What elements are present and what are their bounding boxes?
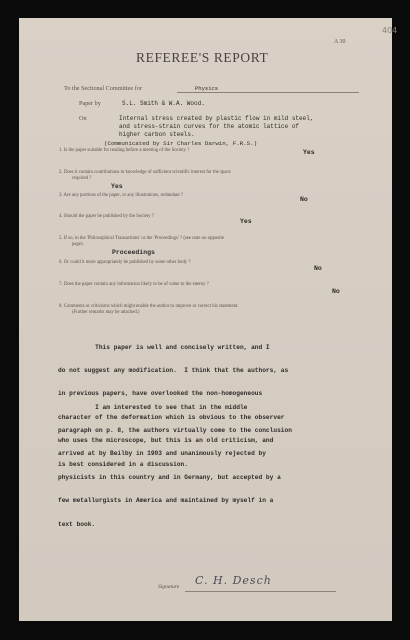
question-5-text: If so, in the 'Philosophical Transaction… [64,236,224,241]
pencil-page-number: 404 [382,26,397,35]
answer-6: No [314,265,322,272]
question-8: 8. Comments or criticisms which might en… [59,304,239,309]
form-code: A 30 [334,39,346,45]
question-5: 5. If so, in the 'Philosophical Transact… [59,236,224,241]
question-3-number: 3. [59,193,63,198]
answer-7: No [332,288,340,295]
signature-handwritten: C. H. Desch [195,574,272,587]
question-4: 4. Should the paper be published by the … [59,214,154,219]
question-1-text: Is the paper suitable for reading before… [64,148,189,153]
comment-line: do not suggest any modification. I think… [58,367,288,375]
paper-by-label: Paper by [79,100,101,107]
question-8-continuation: (Further remarks may be attached.) [72,310,140,315]
comment-line: arrived at by Beilby in 1903 and unanimo… [58,450,292,458]
on-label: On [79,115,87,122]
comment-paragraph-2: I am interested to see that in the middl… [58,388,292,544]
comment-line: This paper is well and concisely written… [58,344,288,352]
question-6-text: Or could it more appropriately be publis… [64,260,191,265]
signature-label: Signature [158,584,179,590]
question-5-continuation: page). [72,242,84,247]
referee-report-sheet: 404 A 30 REFEREE'S REPORT To the Section… [19,18,392,621]
question-5-number: 5. [59,236,63,241]
question-7-text: Does the paper contain any information l… [64,282,209,287]
question-3-text: Are any portions of the paper, or any il… [64,193,183,198]
answer-3: No [300,196,308,203]
title-line-3: higher carbon steels. [119,131,195,138]
question-3: 3. Are any portions of the paper, or any… [59,193,183,198]
question-6: 6. Or could it more appropriately be pub… [59,260,191,265]
title-line-1: Internal stress created by plastic flow … [119,115,313,122]
question-6-number: 6. [59,260,63,265]
comment-line: paragraph on p. 8, the authors virtually… [58,427,292,435]
question-1-number: 1. [59,148,63,153]
answer-5: Proceedings [112,249,155,256]
page-title: REFEREE'S REPORT [136,50,268,66]
question-7: 7. Does the paper contain any informatio… [59,282,209,287]
paper-by-value: S.L. Smith & W.A. Wood. [122,100,205,107]
comment-line: few metallurgists in America and maintai… [58,497,292,505]
comment-line: text book. [58,521,292,529]
answer-4: Yes [240,218,252,225]
question-4-text: Should the paper be published by the Soc… [64,214,154,219]
signature-underline [185,591,336,592]
question-1: 1. Is the paper suitable for reading bef… [59,148,189,153]
committee-underline [177,92,359,93]
question-2-continuation: required ? [72,176,91,181]
question-7-number: 7. [59,282,63,287]
question-8-number: 8. [59,304,63,309]
question-8-text: Comments or criticisms which might enabl… [64,304,239,309]
comment-line: I am interested to see that in the middl… [58,404,292,412]
question-2-text: Does it contain contributions to knowled… [64,170,231,175]
communicated-by: (Communicated by Sir Charles Darwin, F.R… [104,140,257,147]
answer-2: Yes [111,183,123,190]
question-4-number: 4. [59,214,63,219]
comment-line: physicists in this country and in German… [58,474,292,482]
question-2: 2. Does it contain contributions to know… [59,170,231,175]
answer-1: Yes [303,149,315,156]
committee-label: To the Sectional Committee for [64,85,142,92]
title-line-2: and stress-strain curves for the atomic … [119,123,299,130]
question-2-number: 2. [59,170,63,175]
committee-value: Physics [195,85,218,92]
